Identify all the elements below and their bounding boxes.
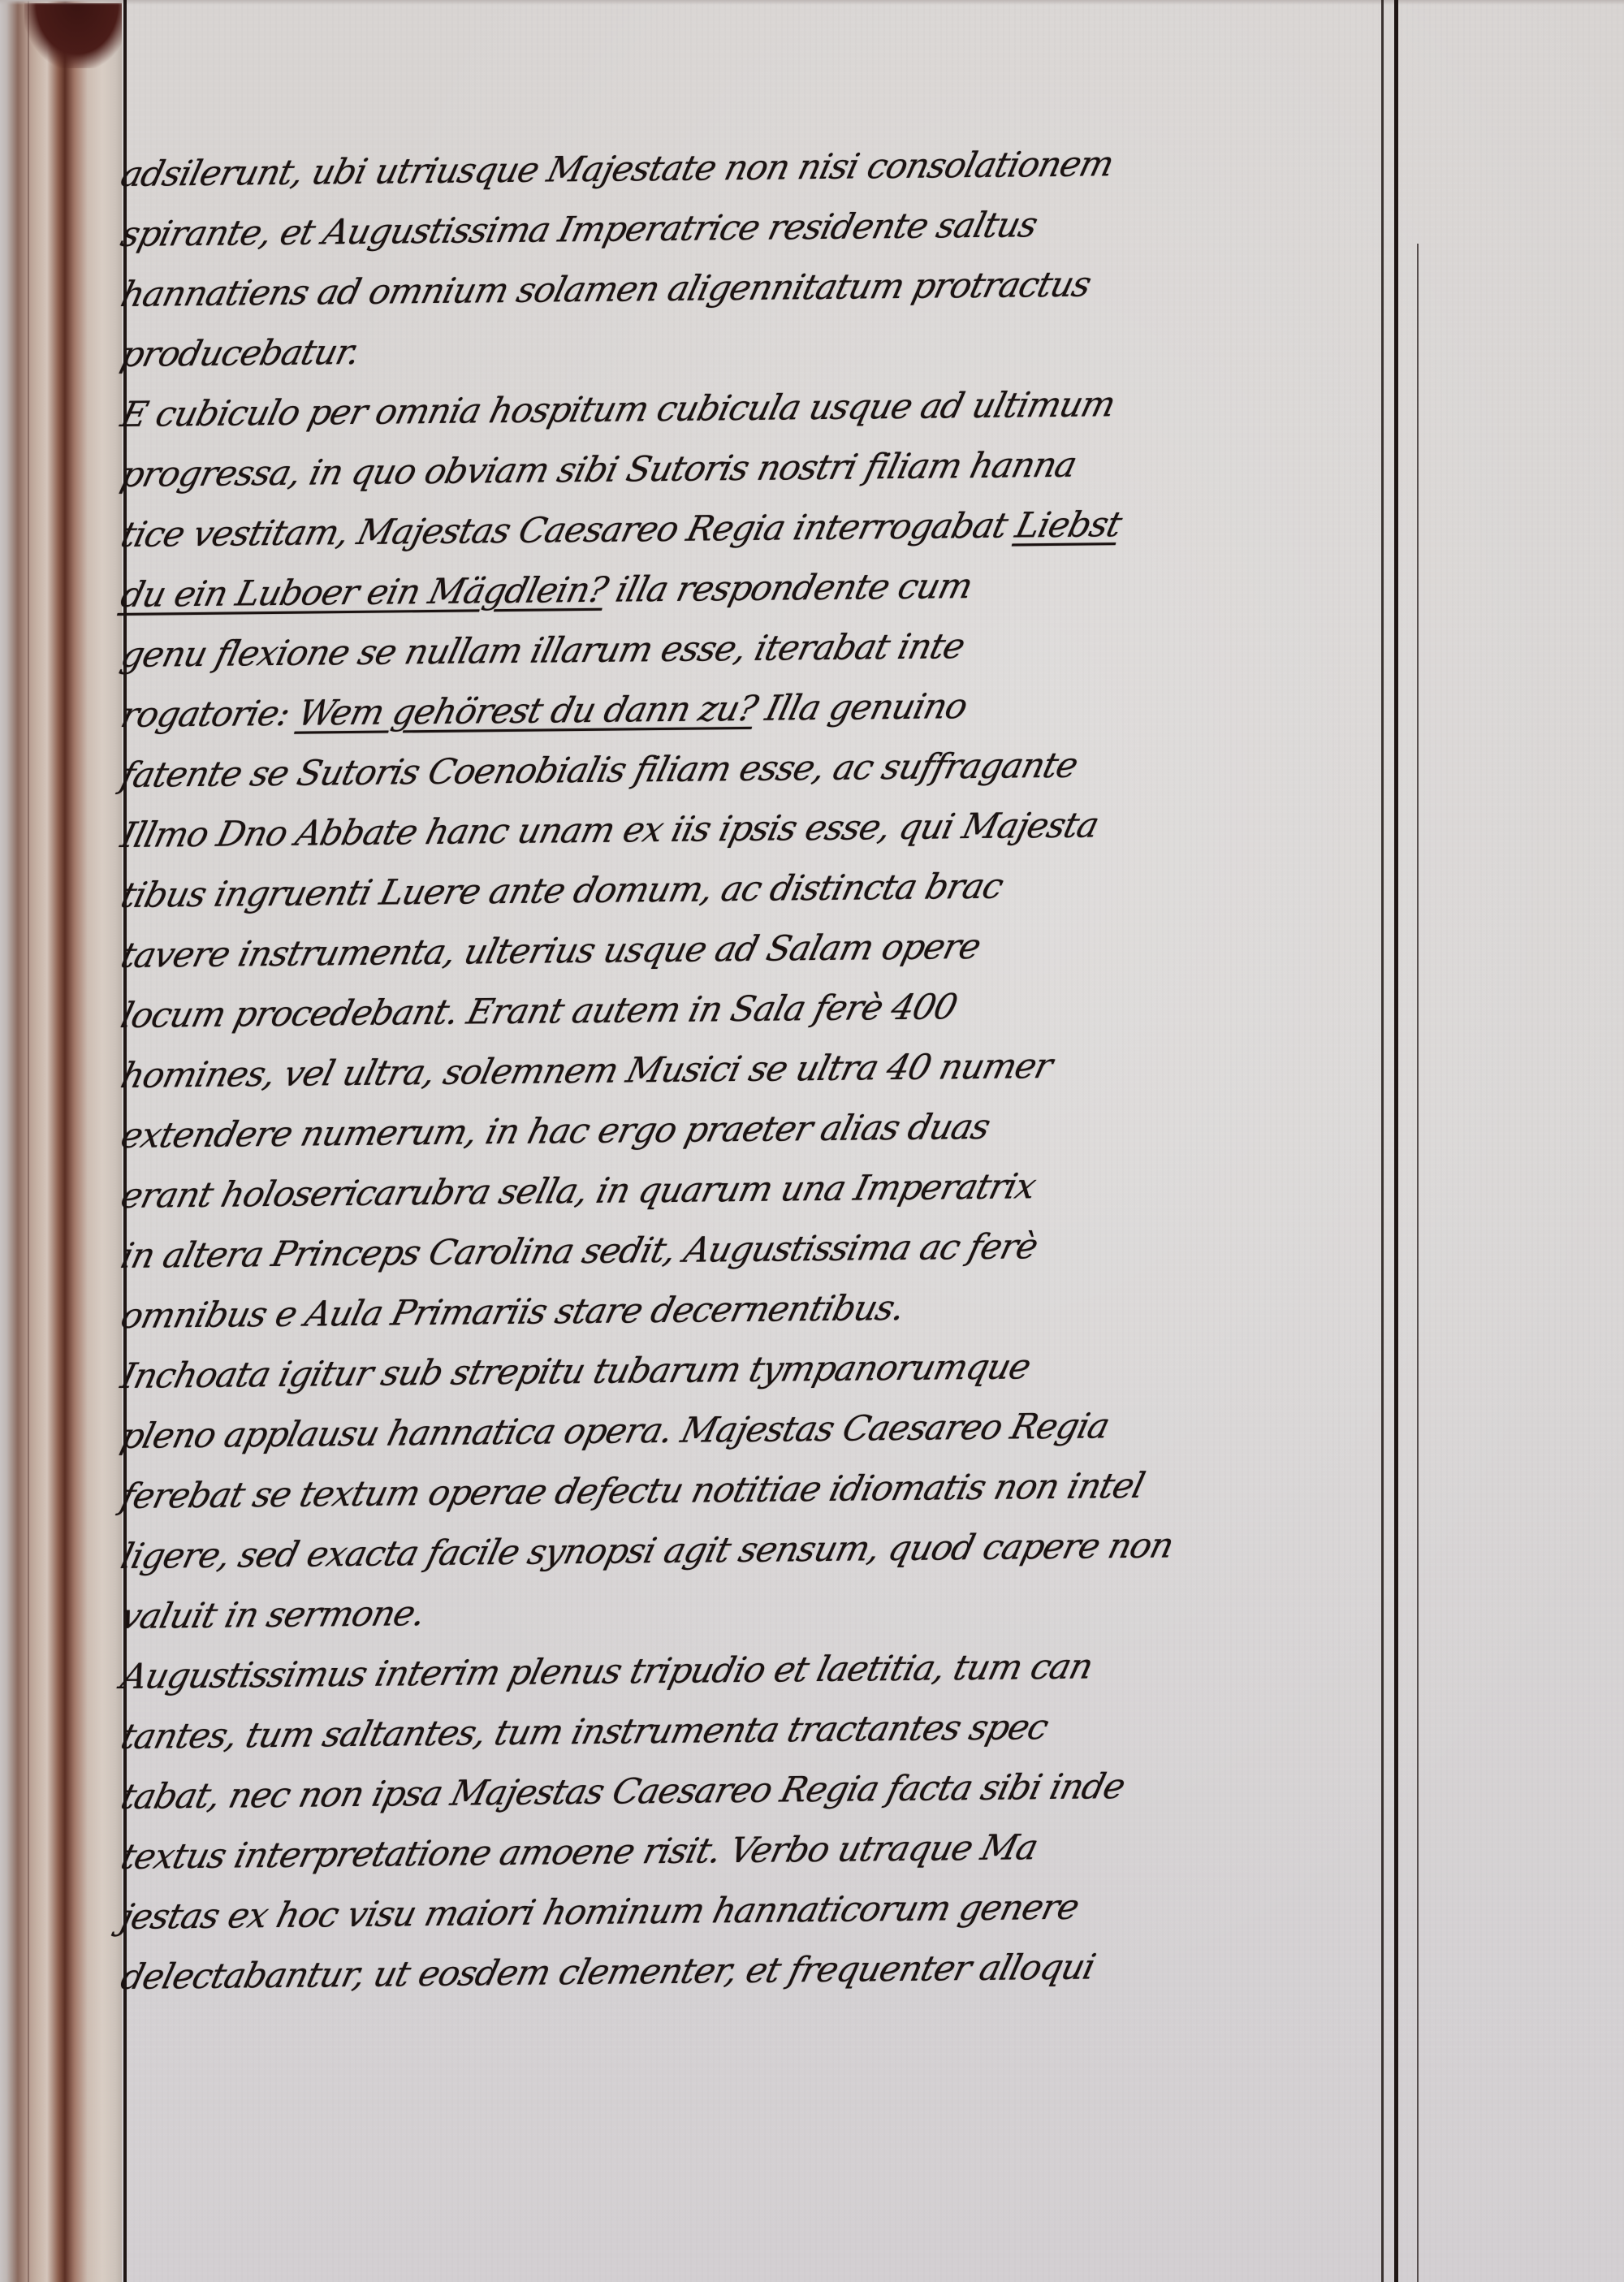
- line-text: erant holosericarubra sella, in quarum u…: [117, 1166, 1039, 1217]
- line-text: tabat, nec non ipsa Majestas Caesareo Re…: [117, 1766, 1129, 1817]
- line-text: adsilerunt, ubi utriusque Majestate non …: [117, 144, 1117, 195]
- line-text: hannatiens ad omnium solamen aligennitat…: [117, 265, 1095, 315]
- page-top-edge: [0, 0, 1624, 5]
- line-text: E cubiculo per omnia hospitum cubicula u…: [117, 384, 1119, 435]
- underlined-quotation: Liebst: [1012, 504, 1125, 546]
- line-text: valuit in sermone.: [117, 1593, 429, 1637]
- line-text: homines, vel ultra, solemnem Musici se u…: [117, 1046, 1056, 1096]
- line-text: extendere numerum, in hac ergo praeter a…: [117, 1107, 993, 1156]
- line-text: Augustissimus interim plenus tripudio et…: [117, 1647, 1096, 1697]
- line-text: producebatur.: [117, 332, 363, 375]
- line-text: tibus ingruenti Luere ante domum, ac dis…: [117, 867, 1007, 916]
- underlined-quotation: Wem gehörest du dann zu?: [294, 689, 761, 734]
- line-text: pleno applausu hannatica opera. Majestas…: [117, 1406, 1113, 1457]
- line-text: illa respondente cum: [602, 566, 976, 611]
- line-text: ferebat se textum operae defectu notitia…: [117, 1466, 1148, 1517]
- line-text: jestas ex hoc visu maiori hominum hannat…: [117, 1887, 1082, 1938]
- page-edges: [0, 0, 130, 2282]
- manuscript-text: adsilerunt, ubi utriusque Majestate non …: [122, 145, 1429, 2008]
- manuscript-photo: adsilerunt, ubi utriusque Majestate non …: [0, 0, 1624, 2282]
- manuscript-line: delectabantur, ut eosdem clementer, et f…: [114, 1934, 1440, 2008]
- line-text: textus interpretatione amoene risit. Ver…: [117, 1827, 1041, 1878]
- line-text: tavere instrumenta, ulterius usque ad Sa…: [117, 927, 984, 976]
- line-text: fatente se Sutoris Coenobialis filiam es…: [117, 746, 1082, 796]
- book-binding: [24, 3, 130, 68]
- line-text: Illa genuino: [751, 686, 970, 729]
- line-text: rogatorie:: [117, 694, 304, 736]
- line-text: progressa, in quo obviam sibi Sutoris no…: [117, 445, 1080, 495]
- line-text: Illmo Dno Abbate hanc unam ex iis ipsis …: [117, 805, 1102, 856]
- line-text: tantes, tum saltantes, tum instrumenta t…: [117, 1707, 1052, 1757]
- line-text: in altera Princeps Carolina sedit, Augus…: [117, 1226, 1041, 1277]
- line-text: genu flexione se nullam illarum esse, it…: [117, 626, 968, 676]
- line-text: locum procedebant. Erant autem in Sala f…: [117, 987, 961, 1036]
- line-text: ligere, sed exacta facile synopsi agit s…: [117, 1525, 1177, 1577]
- line-text: delectabantur, ut eosdem clementer, et f…: [117, 1947, 1099, 1998]
- line-text: Inchoata igitur sub strepitu tubarum tym…: [117, 1346, 1034, 1397]
- underlined-quotation: du ein Luboer ein Mägdlein?: [117, 570, 611, 616]
- line-text: spirante, et Augustissima Imperatrice re…: [117, 205, 1041, 255]
- line-text: omnibus e Aula Primariis stare decernent…: [117, 1288, 908, 1337]
- line-text: tice vestitam, Majestas Caesareo Regia i…: [117, 505, 1021, 555]
